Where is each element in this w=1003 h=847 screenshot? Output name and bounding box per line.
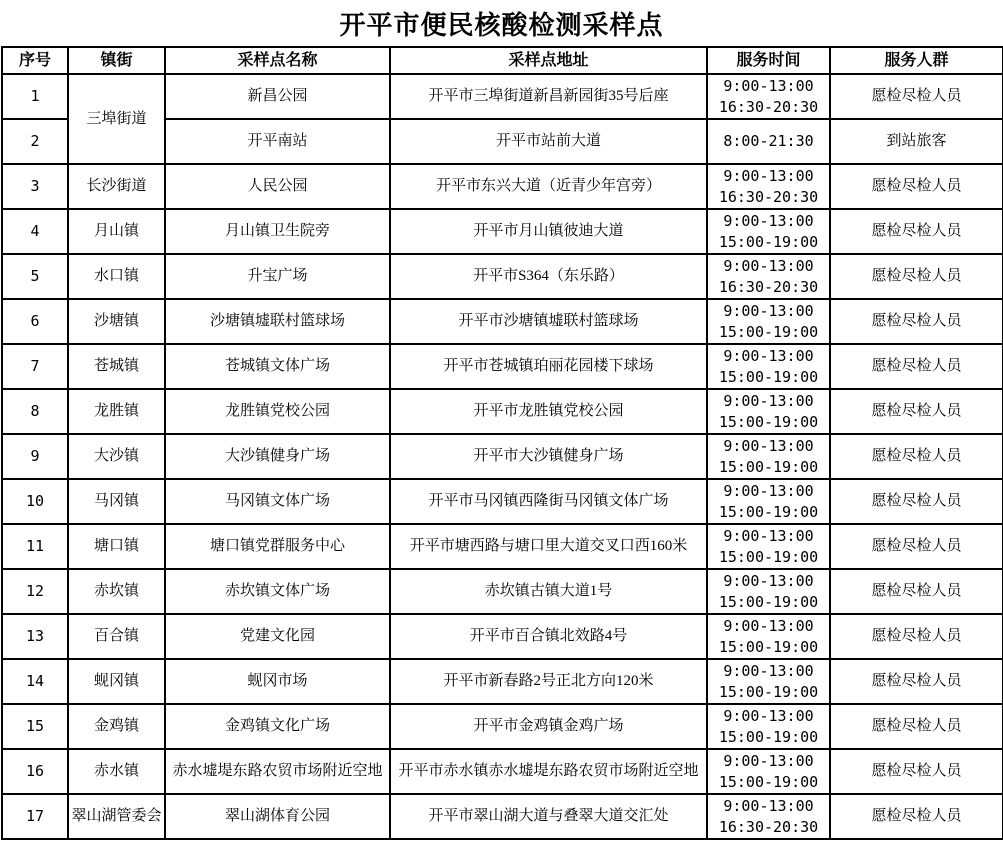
cell-no: 8 xyxy=(2,389,68,434)
cell-town: 沙塘镇 xyxy=(68,299,165,344)
col-header-address: 采样点地址 xyxy=(390,47,707,74)
cell-service-group: 愿检尽检人员 xyxy=(830,479,1003,524)
cell-service-group: 愿检尽检人员 xyxy=(830,389,1003,434)
col-header-index: 序号 xyxy=(2,47,68,74)
cell-no: 12 xyxy=(2,569,68,614)
col-header-site-name: 采样点名称 xyxy=(165,47,390,74)
cell-address: 开平市马冈镇西隆街马冈镇文体广场 xyxy=(390,479,707,524)
cell-service-group: 愿检尽检人员 xyxy=(830,434,1003,479)
table-row: 5水口镇升宝广场开平市S364（东乐路）9:00-13:00 16:30-20:… xyxy=(2,254,1003,299)
cell-no: 6 xyxy=(2,299,68,344)
cell-service-group: 到站旅客 xyxy=(830,119,1003,164)
cell-site-name: 人民公园 xyxy=(165,164,390,209)
cell-no: 2 xyxy=(2,119,68,164)
cell-no: 11 xyxy=(2,524,68,569)
cell-service-group: 愿检尽检人员 xyxy=(830,74,1003,119)
cell-address: 赤坎镇古镇大道1号 xyxy=(390,569,707,614)
table-row: 1三埠街道新昌公园开平市三埠街道新昌新园街35号后座9:00-13:00 16:… xyxy=(2,74,1003,119)
cell-service-group: 愿检尽检人员 xyxy=(830,524,1003,569)
cell-service-time: 9:00-13:00 15:00-19:00 xyxy=(707,749,830,794)
cell-town: 百合镇 xyxy=(68,614,165,659)
cell-service-time: 9:00-13:00 16:30-20:30 xyxy=(707,164,830,209)
cell-service-time: 9:00-13:00 16:30-20:30 xyxy=(707,794,830,839)
cell-service-time: 9:00-13:00 15:00-19:00 xyxy=(707,434,830,479)
cell-address: 开平市塘西路与塘口里大道交叉口西160米 xyxy=(390,524,707,569)
cell-service-group: 愿检尽检人员 xyxy=(830,659,1003,704)
cell-address: 开平市站前大道 xyxy=(390,119,707,164)
cell-service-time: 9:00-13:00 15:00-19:00 xyxy=(707,524,830,569)
cell-site-name: 赤水墟堤东路农贸市场附近空地 xyxy=(165,749,390,794)
cell-service-time: 9:00-13:00 15:00-19:00 xyxy=(707,704,830,749)
cell-site-name: 金鸡镇文化广场 xyxy=(165,704,390,749)
cell-town: 龙胜镇 xyxy=(68,389,165,434)
table-row: 17翠山湖管委会翠山湖体育公园开平市翠山湖大道与叠翠大道交汇处9:00-13:0… xyxy=(2,794,1003,839)
cell-service-group: 愿检尽检人员 xyxy=(830,254,1003,299)
table-row: 8龙胜镇龙胜镇党校公园开平市龙胜镇党校公园9:00-13:00 15:00-19… xyxy=(2,389,1003,434)
cell-no: 3 xyxy=(2,164,68,209)
table-row: 16赤水镇赤水墟堤东路农贸市场附近空地开平市赤水镇赤水墟堤东路农贸市场附近空地9… xyxy=(2,749,1003,794)
cell-no: 9 xyxy=(2,434,68,479)
cell-no: 5 xyxy=(2,254,68,299)
table-row: 7苍城镇苍城镇文体广场开平市苍城镇珀丽花园楼下球场9:00-13:00 15:0… xyxy=(2,344,1003,389)
cell-site-name: 党建文化园 xyxy=(165,614,390,659)
cell-site-name: 月山镇卫生院旁 xyxy=(165,209,390,254)
cell-town: 月山镇 xyxy=(68,209,165,254)
cell-service-time: 9:00-13:00 15:00-19:00 xyxy=(707,344,830,389)
table-row: 10马冈镇马冈镇文体广场开平市马冈镇西隆街马冈镇文体广场9:00-13:00 1… xyxy=(2,479,1003,524)
cell-service-time: 8:00-21:30 xyxy=(707,119,830,164)
cell-site-name: 翠山湖体育公园 xyxy=(165,794,390,839)
cell-service-time: 9:00-13:00 16:30-20:30 xyxy=(707,74,830,119)
cell-service-time: 9:00-13:00 15:00-19:00 xyxy=(707,659,830,704)
cell-service-group: 愿检尽检人员 xyxy=(830,794,1003,839)
cell-address: 开平市大沙镇健身广场 xyxy=(390,434,707,479)
table-row: 4月山镇月山镇卫生院旁开平市月山镇彼迪大道9:00-13:00 15:00-19… xyxy=(2,209,1003,254)
cell-no: 16 xyxy=(2,749,68,794)
table-row: 11塘口镇塘口镇党群服务中心开平市塘西路与塘口里大道交叉口西160米9:00-1… xyxy=(2,524,1003,569)
cell-address: 开平市翠山湖大道与叠翠大道交汇处 xyxy=(390,794,707,839)
cell-site-name: 赤坎镇文体广场 xyxy=(165,569,390,614)
table-row: 12赤坎镇赤坎镇文体广场赤坎镇古镇大道1号9:00-13:00 15:00-19… xyxy=(2,569,1003,614)
table-row: 13百合镇党建文化园开平市百合镇北效路4号9:00-13:00 15:00-19… xyxy=(2,614,1003,659)
table-row: 6沙塘镇沙塘镇墟联村篮球场开平市沙塘镇墟联村篮球场9:00-13:00 15:0… xyxy=(2,299,1003,344)
sampling-points-table: 序号镇街采样点名称采样点地址服务时间服务人群 1三埠街道新昌公园开平市三埠街道新… xyxy=(1,46,1003,840)
cell-address: 开平市月山镇彼迪大道 xyxy=(390,209,707,254)
cell-site-name: 开平南站 xyxy=(165,119,390,164)
cell-town: 赤坎镇 xyxy=(68,569,165,614)
cell-town: 塘口镇 xyxy=(68,524,165,569)
cell-address: 开平市三埠街道新昌新园街35号后座 xyxy=(390,74,707,119)
cell-service-group: 愿检尽检人员 xyxy=(830,749,1003,794)
cell-address: 开平市东兴大道（近青少年宫旁） xyxy=(390,164,707,209)
table-body: 1三埠街道新昌公园开平市三埠街道新昌新园街35号后座9:00-13:00 16:… xyxy=(2,74,1003,839)
cell-town: 翠山湖管委会 xyxy=(68,794,165,839)
cell-no: 4 xyxy=(2,209,68,254)
cell-site-name: 马冈镇文体广场 xyxy=(165,479,390,524)
table-header: 序号镇街采样点名称采样点地址服务时间服务人群 xyxy=(2,47,1003,74)
table-row: 14蚬冈镇蚬冈市场开平市新春路2号正北方向120米9:00-13:00 15:0… xyxy=(2,659,1003,704)
cell-address: 开平市龙胜镇党校公园 xyxy=(390,389,707,434)
cell-no: 14 xyxy=(2,659,68,704)
cell-town: 苍城镇 xyxy=(68,344,165,389)
table-row: 15金鸡镇金鸡镇文化广场开平市金鸡镇金鸡广场9:00-13:00 15:00-1… xyxy=(2,704,1003,749)
cell-service-group: 愿检尽检人员 xyxy=(830,569,1003,614)
cell-town: 金鸡镇 xyxy=(68,704,165,749)
cell-service-group: 愿检尽检人员 xyxy=(830,164,1003,209)
cell-town: 水口镇 xyxy=(68,254,165,299)
cell-service-group: 愿检尽检人员 xyxy=(830,299,1003,344)
cell-address: 开平市赤水镇赤水墟堤东路农贸市场附近空地 xyxy=(390,749,707,794)
cell-site-name: 升宝广场 xyxy=(165,254,390,299)
table-row: 9大沙镇大沙镇健身广场开平市大沙镇健身广场9:00-13:00 15:00-19… xyxy=(2,434,1003,479)
cell-site-name: 新昌公园 xyxy=(165,74,390,119)
cell-service-time: 9:00-13:00 15:00-19:00 xyxy=(707,209,830,254)
cell-site-name: 蚬冈市场 xyxy=(165,659,390,704)
cell-service-group: 愿检尽检人员 xyxy=(830,209,1003,254)
cell-site-name: 苍城镇文体广场 xyxy=(165,344,390,389)
cell-town: 大沙镇 xyxy=(68,434,165,479)
col-header-town: 镇街 xyxy=(68,47,165,74)
cell-address: 开平市金鸡镇金鸡广场 xyxy=(390,704,707,749)
cell-site-name: 龙胜镇党校公园 xyxy=(165,389,390,434)
cell-no: 17 xyxy=(2,794,68,839)
page-title: 开平市便民核酸检测采样点 xyxy=(0,0,1003,46)
header-row: 序号镇街采样点名称采样点地址服务时间服务人群 xyxy=(2,47,1003,74)
page: 开平市便民核酸检测采样点 序号镇街采样点名称采样点地址服务时间服务人群 1三埠街… xyxy=(0,0,1003,847)
cell-address: 开平市沙塘镇墟联村篮球场 xyxy=(390,299,707,344)
cell-service-time: 9:00-13:00 15:00-19:00 xyxy=(707,569,830,614)
cell-service-time: 9:00-13:00 15:00-19:00 xyxy=(707,614,830,659)
cell-service-time: 9:00-13:00 15:00-19:00 xyxy=(707,299,830,344)
cell-service-group: 愿检尽检人员 xyxy=(830,704,1003,749)
cell-town: 蚬冈镇 xyxy=(68,659,165,704)
cell-address: 开平市S364（东乐路） xyxy=(390,254,707,299)
cell-town: 赤水镇 xyxy=(68,749,165,794)
cell-no: 13 xyxy=(2,614,68,659)
col-header-service-group: 服务人群 xyxy=(830,47,1003,74)
cell-town: 三埠街道 xyxy=(68,74,165,164)
cell-service-time: 9:00-13:00 16:30-20:30 xyxy=(707,254,830,299)
cell-address: 开平市苍城镇珀丽花园楼下球场 xyxy=(390,344,707,389)
table-row: 3长沙街道人民公园开平市东兴大道（近青少年宫旁）9:00-13:00 16:30… xyxy=(2,164,1003,209)
cell-address: 开平市新春路2号正北方向120米 xyxy=(390,659,707,704)
cell-site-name: 大沙镇健身广场 xyxy=(165,434,390,479)
cell-address: 开平市百合镇北效路4号 xyxy=(390,614,707,659)
cell-service-time: 9:00-13:00 15:00-19:00 xyxy=(707,479,830,524)
cell-service-time: 9:00-13:00 15:00-19:00 xyxy=(707,389,830,434)
cell-no: 15 xyxy=(2,704,68,749)
cell-town: 长沙街道 xyxy=(68,164,165,209)
cell-no: 7 xyxy=(2,344,68,389)
cell-site-name: 塘口镇党群服务中心 xyxy=(165,524,390,569)
cell-town: 马冈镇 xyxy=(68,479,165,524)
cell-site-name: 沙塘镇墟联村篮球场 xyxy=(165,299,390,344)
col-header-service-time: 服务时间 xyxy=(707,47,830,74)
cell-no: 1 xyxy=(2,74,68,119)
cell-service-group: 愿检尽检人员 xyxy=(830,614,1003,659)
cell-service-group: 愿检尽检人员 xyxy=(830,344,1003,389)
cell-no: 10 xyxy=(2,479,68,524)
